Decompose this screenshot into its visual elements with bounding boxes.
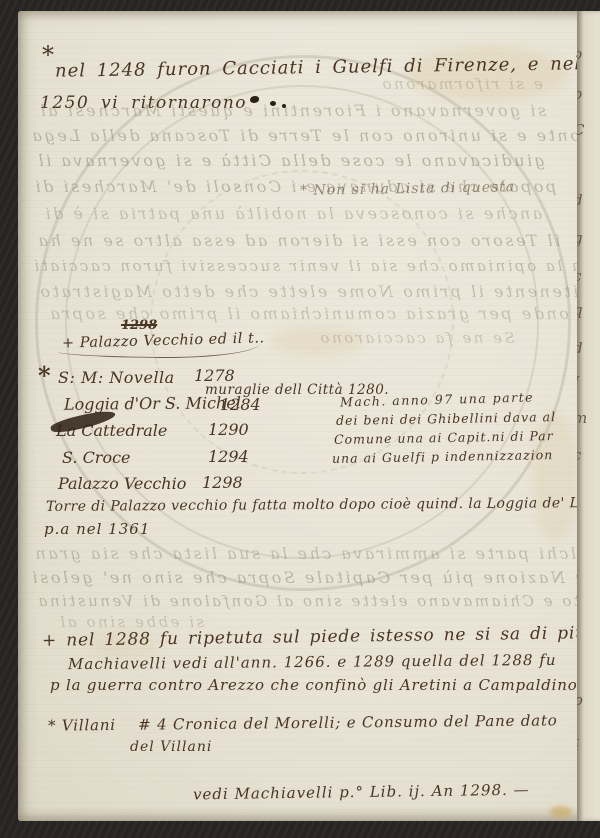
facing-letter: t (577, 733, 579, 751)
facing-letter: c (577, 446, 581, 464)
facing-letter: g (577, 229, 583, 247)
list-entry-year: 1284 (220, 395, 261, 414)
bleedthrough-line: ritenente il primo Nome elette che detto… (38, 282, 589, 301)
ink-blot (270, 101, 276, 106)
facing-letter: p (577, 691, 583, 709)
facing-letter: d (577, 191, 583, 209)
page-stain (550, 806, 572, 818)
bleedthrough-line: anche si conosceva la nobiltà una patria… (43, 204, 542, 223)
bleedthrough-line: e si riformarono (380, 75, 543, 93)
list-entry-year: 1298 (202, 473, 243, 492)
facing-page-edge: b b C i d g c q d J m c p t (577, 11, 600, 821)
list-entry-year: 1294 (208, 447, 249, 466)
list-entry-label: Loggia d'Or S. Michel (64, 393, 241, 414)
facing-letter: d (577, 339, 583, 357)
bleedthrough-line: in la Nazione più per Capitale Sopra che… (30, 568, 600, 587)
facing-letter: C (577, 121, 584, 139)
facing-letter: b (577, 85, 583, 103)
ink-blot (282, 104, 286, 108)
facing-letter: J (577, 373, 579, 391)
top-note-line2: 1250 vi ritornarono (40, 93, 247, 113)
torre-note-line2: p.a nel 1361 (44, 520, 150, 538)
facing-letter: b (577, 45, 583, 63)
bleedthrough-line: Se ne fa cacciarono (318, 329, 515, 347)
list-entry-label: Palazzo Vecchio (58, 474, 186, 493)
manuscript-page: e si riformarono si governavano i Fioren… (18, 11, 600, 821)
scanned-manuscript-photo: e si riformarono si governavano i Fioren… (0, 0, 600, 838)
bleedthrough-line: Ma la opiniamo che sia il venir successi… (32, 257, 599, 275)
list-entry-label: S: M: Novella (58, 368, 175, 387)
bleedthrough-line: soffrimento e Chiamavano elette sino al … (36, 592, 600, 610)
note-1288-line3: p la guerra contro Arezzo che confinò gl… (50, 676, 583, 694)
bleedthrough-line: Guelchi parte si ammirava che la sua lis… (33, 544, 600, 563)
bleedthrough-line: il Tesoro con essi si dieron ad essa alt… (36, 231, 560, 250)
top-note-mark: * (42, 41, 54, 69)
list-mark: * (38, 361, 51, 390)
facing-letter: i (577, 157, 578, 175)
list-entry-year: 1290 (208, 420, 249, 439)
heading-struck-year: 1298 (121, 318, 157, 333)
sources-note-line2: del Villani (130, 739, 212, 755)
bleedthrough-line: giudicavano le cose della Città e si gov… (36, 151, 545, 170)
facing-letter: m (577, 409, 587, 427)
list-entry-label: S. Croce (62, 448, 131, 467)
facing-letter: q (577, 301, 583, 319)
bleedthrough-line: conte e si unirono con le Terre di Tosca… (30, 126, 591, 145)
facing-letter: c (577, 267, 581, 285)
